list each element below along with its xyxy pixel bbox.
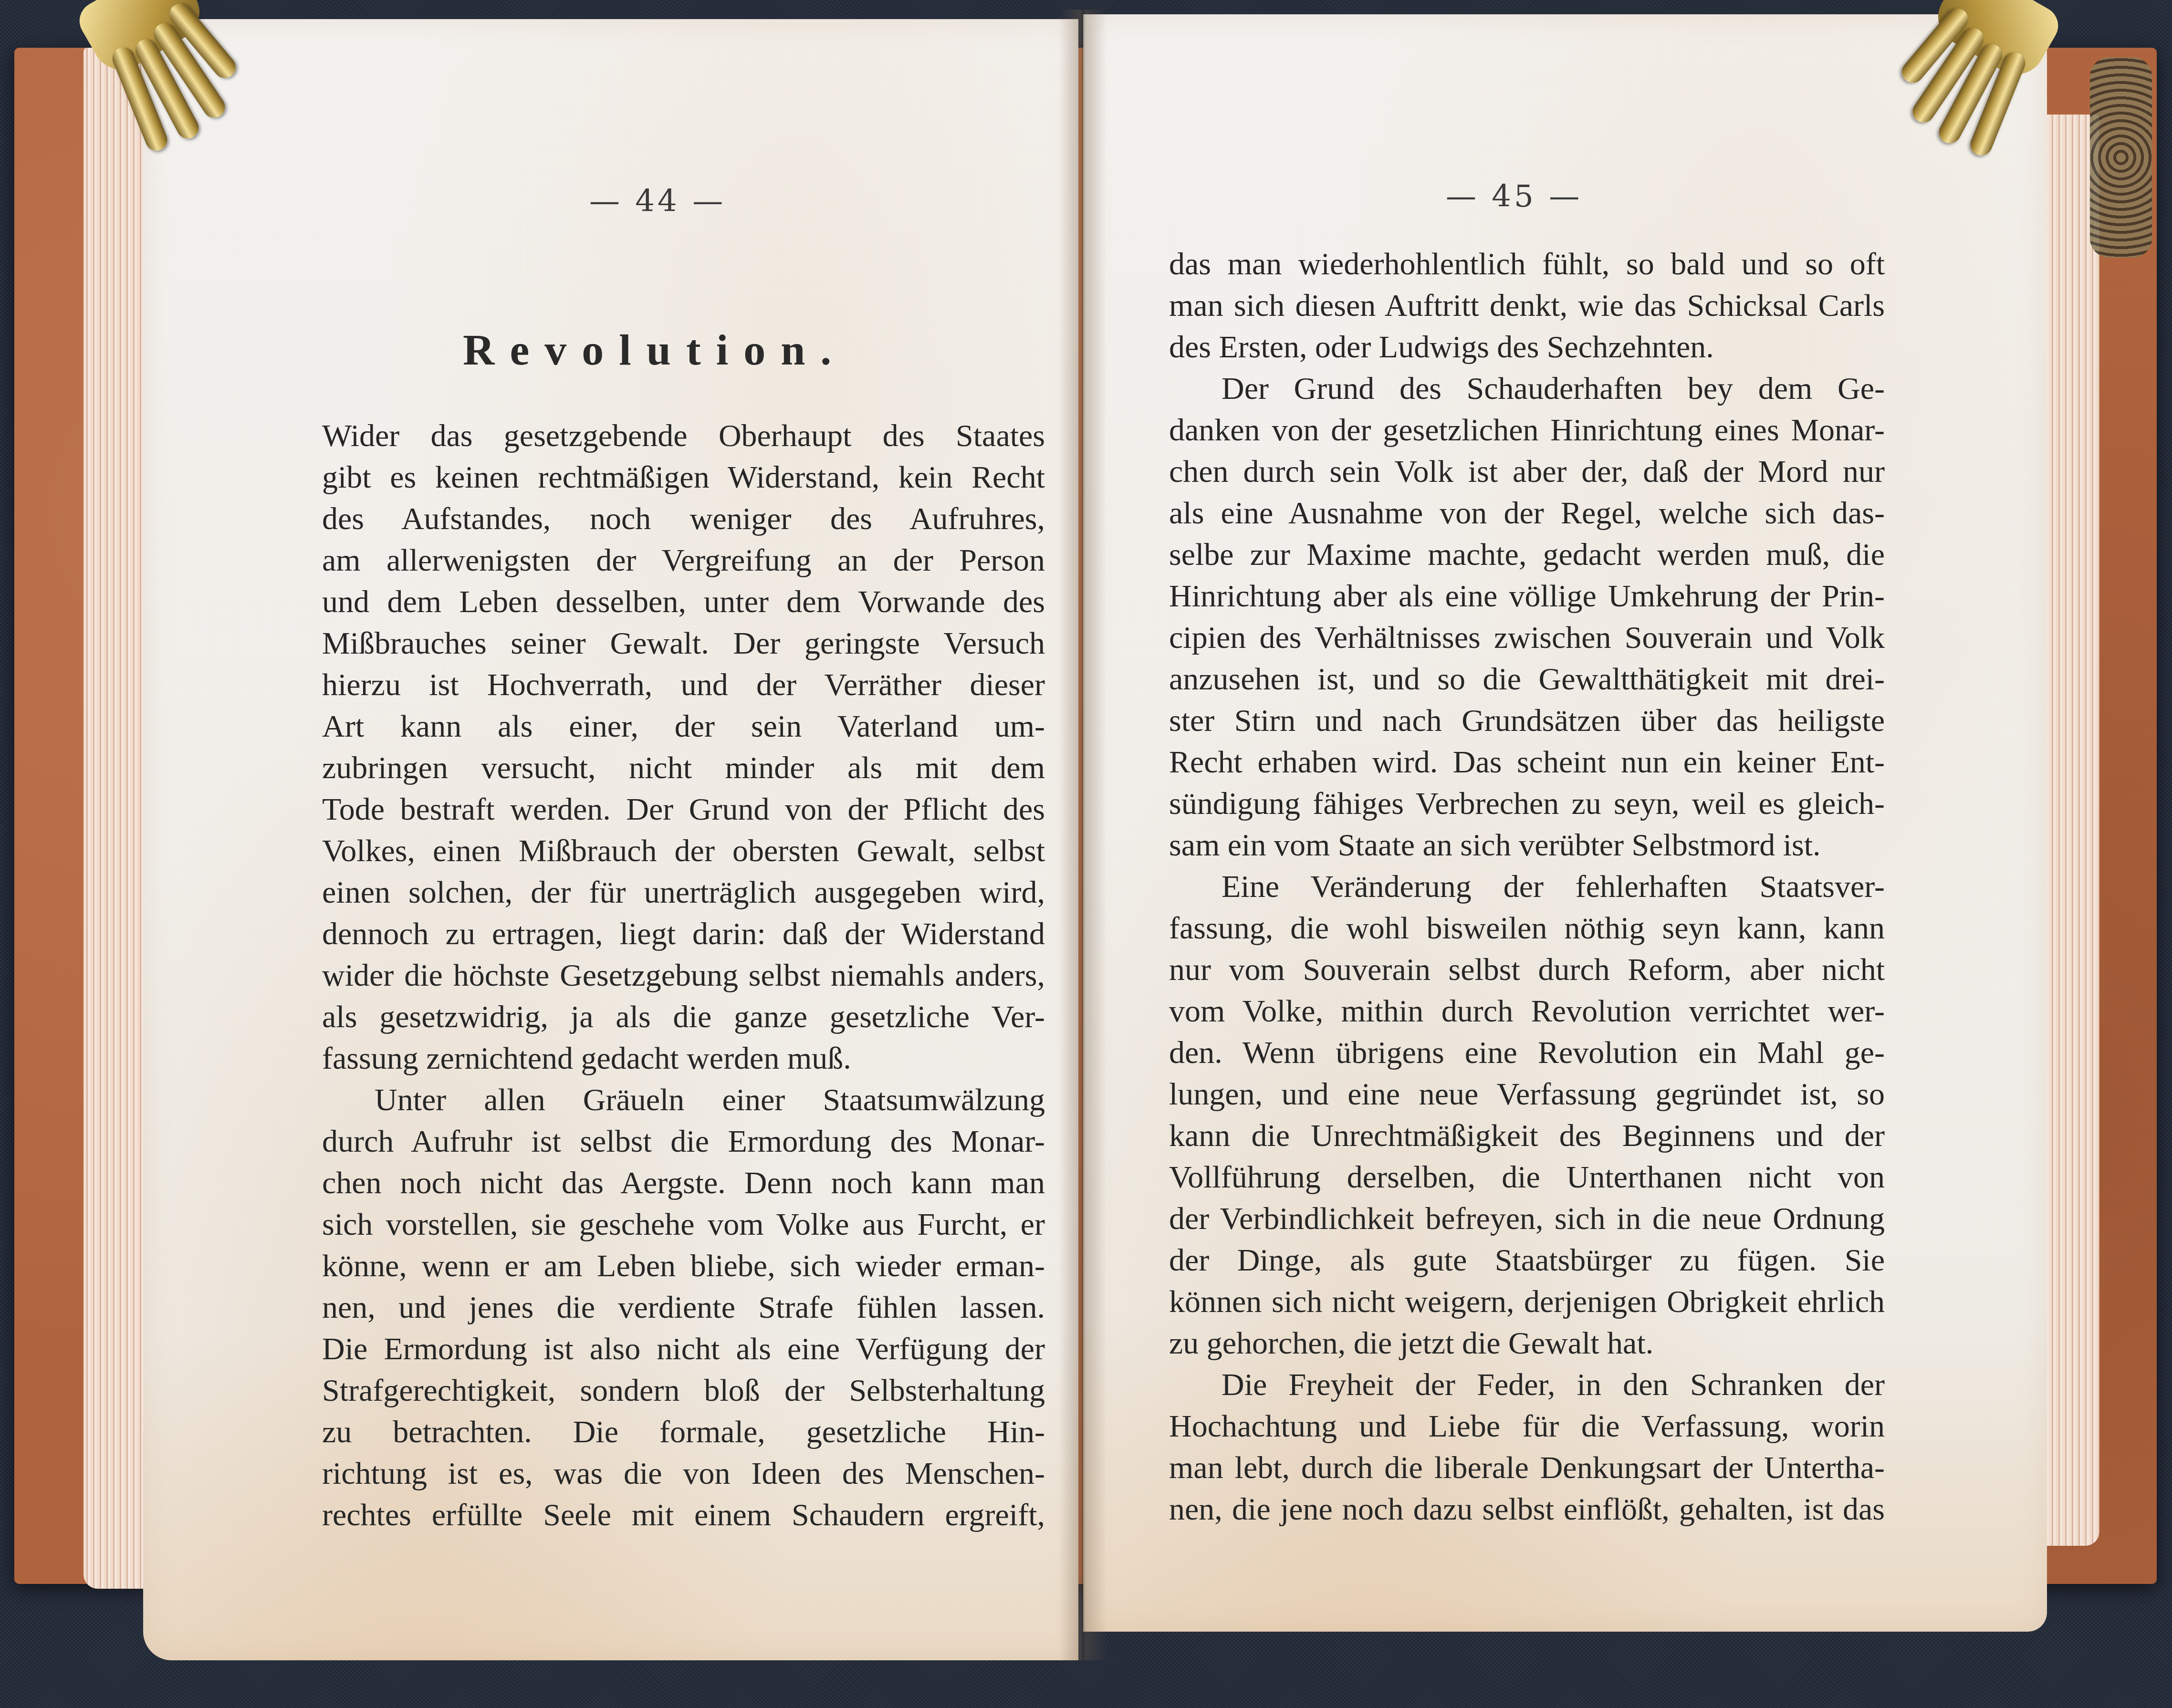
text-line: des Aufstandes, noch weniger des Aufruhr… <box>322 498 1045 540</box>
text-line: nen, und jenes die verdiente Strafe fühl… <box>322 1287 1045 1328</box>
text-line: nur vom Souverain selbst durch Reform, a… <box>1169 949 1885 990</box>
text-line: cipien des Verhältnisses zwischen Souver… <box>1169 617 1885 658</box>
text-line: vom Volke, mithin durch Revolution verri… <box>1169 990 1885 1032</box>
text-line: selbe zur Maxime machte, gedacht werden … <box>1169 534 1885 575</box>
text-line: fassung, die wohl bisweilen nöthig seyn … <box>1169 907 1885 949</box>
text-line: zubringen versucht, nicht minder als mit… <box>322 747 1045 789</box>
text-line: kann die Unrechtmäßigkeit des Beginnens … <box>1169 1115 1885 1156</box>
text-line: chen noch nicht das Aergste. Denn noch k… <box>322 1162 1045 1204</box>
text-line: ster Stirn und nach Grundsätzen über das… <box>1169 700 1885 741</box>
text-line: Art kann als einer, der sein Vaterland u… <box>322 706 1045 747</box>
text-line: lungen, und eine neue Verfassung gegründ… <box>1169 1073 1885 1115</box>
text-line: den. Wenn übrigens eine Revolution ein M… <box>1169 1032 1885 1073</box>
text-line: zu betrachten. Die formale, gesetzliche … <box>322 1411 1045 1453</box>
body-text: das man wiederhohlentlich fühlt, so bald… <box>1169 243 1885 1530</box>
text-line: Die Freyheit der Feder, in den Schranken… <box>1169 1364 1885 1406</box>
page-number: — 44 — <box>589 184 726 219</box>
text-line: Hinrichtung aber als eine völlige Umkehr… <box>1169 575 1885 617</box>
text-line: Strafgerechtigkeit, sondern bloß der Sel… <box>322 1370 1045 1411</box>
text-line: Vollführung derselben, die Unterthanen n… <box>1169 1156 1885 1198</box>
text-line: dennoch zu ertragen, liegt darin: daß de… <box>322 913 1045 955</box>
text-line: richtung ist es, was die von Ideen des M… <box>322 1453 1045 1494</box>
text-line: des Ersten, oder Ludwigs des Sechzehnten… <box>1169 326 1885 368</box>
chapter-heading: Revolution. <box>463 324 846 375</box>
text-line: man sich diesen Auftritt denkt, wie das … <box>1169 285 1885 326</box>
text-line: am allerwenigsten der Vergreifung an der… <box>322 540 1045 581</box>
text-line: anzusehen ist, und so die Gewaltthätigke… <box>1169 658 1885 700</box>
text-line: Wider das gesetzgebende Oberhaupt des St… <box>322 415 1045 457</box>
right-page: — 45 — das man wiederhohlentlich fühlt, … <box>1083 14 2047 1632</box>
body-text: Wider das gesetzgebende Oberhaupt des St… <box>322 415 1045 1536</box>
text-line: und dem Leben desselben, unter dem Vorwa… <box>322 581 1045 623</box>
text-line: sündigung fähiges Verbrechen zu seyn, we… <box>1169 783 1885 824</box>
text-line: einen solchen, der für unerträglich ausg… <box>322 872 1045 913</box>
text-line: als gesetzwidrig, ja als die ganze geset… <box>322 996 1045 1038</box>
text-line: chen durch sein Volk ist aber der, daß d… <box>1169 451 1885 492</box>
text-line: der Dinge, als gute Staatsbürger zu füge… <box>1169 1239 1885 1281</box>
text-line: Volkes, einen Mißbrauch der obersten Gew… <box>322 830 1045 872</box>
text-line: Tode bestraft werden. Der Grund von der … <box>322 789 1045 830</box>
left-page: — 44 — Revolution. Wider das gesetzgeben… <box>143 19 1078 1660</box>
text-line: sich vorstellen, sie geschehe vom Volke … <box>322 1204 1045 1245</box>
text-line: nen, die jene noch dazu selbst einflößt,… <box>1169 1489 1885 1530</box>
text-line: gibt es keinen rechtmäßigen Widerstand, … <box>322 457 1045 498</box>
text-line: das man wiederhohlentlich fühlt, so bald… <box>1169 243 1885 285</box>
text-line: Mißbrauches seiner Gewalt. Der geringste… <box>322 623 1045 664</box>
text-line: Recht erhaben wird. Das scheint nun ein … <box>1169 741 1885 783</box>
text-line: Eine Veränderung der fehlerhaften Staats… <box>1169 866 1885 907</box>
text-line: der Verbindlichkeit befreyen, sich in di… <box>1169 1198 1885 1239</box>
text-line: Der Grund des Schauderhaften bey dem Ge- <box>1169 368 1885 409</box>
text-line: durch Aufruhr ist selbst die Ermordung d… <box>322 1121 1045 1162</box>
book-gutter <box>1059 10 1107 1660</box>
text-line: könne, wenn er am Leben bliebe, sich wie… <box>322 1245 1045 1287</box>
text-line: wider die höchste Gesetzgebung selbst ni… <box>322 955 1045 996</box>
text-line: Unter allen Gräueln einer Staatsumwälzun… <box>322 1079 1045 1121</box>
text-line: man lebt, durch die liberale Denkungsart… <box>1169 1447 1885 1489</box>
text-line: rechtes erfüllte Seele mit einem Schaude… <box>322 1494 1045 1536</box>
text-line: danken von der gesetzlichen Hinrichtung … <box>1169 409 1885 451</box>
text-line: zu gehorchen, die jetzt die Gewalt hat. <box>1169 1323 1885 1364</box>
brass-chain-icon <box>2090 57 2152 258</box>
text-line: hierzu ist Hochverrath, und der Verräthe… <box>322 664 1045 706</box>
text-line: Hochachtung und Liebe für die Verfassung… <box>1169 1406 1885 1447</box>
text-line: fassung zernichtend gedacht werden muß. <box>322 1038 1045 1079</box>
text-line: sam ein vom Staate an sich verübter Selb… <box>1169 824 1885 866</box>
page-number: — 45 — <box>1446 179 1582 214</box>
text-line: können sich nicht weigern, derjenigen Ob… <box>1169 1281 1885 1323</box>
text-line: als eine Ausnahme von der Regel, welche … <box>1169 492 1885 534</box>
text-line: Die Ermordung ist also nicht als eine Ve… <box>322 1328 1045 1370</box>
page-block-edge-right <box>2042 115 2099 1546</box>
